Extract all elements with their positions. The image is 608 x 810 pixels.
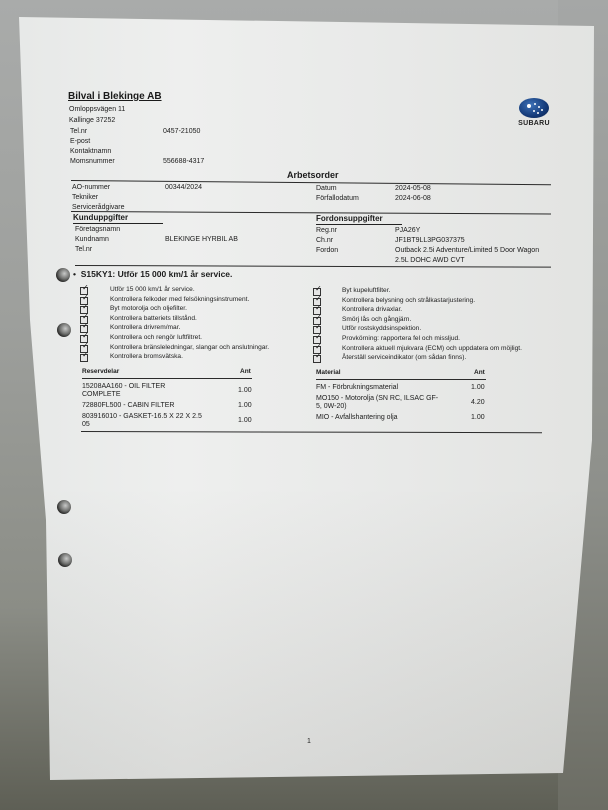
line-item-name: MIO - Avfallshantering olja: [316, 413, 398, 422]
customer-field-label: Tel.nr: [75, 245, 92, 254]
vehicle-field-value: Outback 2.5i Adventure/Limited 5 Door Wa…: [395, 246, 539, 255]
service-task: Smörj lås och gångjärn.: [342, 316, 411, 324]
vehicle-section-heading: Fordonsuppgifter: [316, 214, 402, 225]
material-header-name: Material: [316, 368, 341, 377]
subaru-logo: SUBARU: [507, 98, 561, 127]
vehicle-field-label: Reg.nr: [316, 226, 337, 235]
subaru-stars-logo-icon: [519, 98, 549, 118]
company-field-label: Momsnummer: [70, 157, 115, 166]
line-item-qty: 4.20: [471, 398, 485, 407]
company-name: Bilval i Blekinge AB: [68, 91, 162, 102]
customer-field-label: Företagsnamn: [75, 225, 120, 234]
service-task: Kontrollera felkoder med felsökningsinst…: [110, 296, 249, 304]
customer-field-label: Kundnamn: [75, 235, 109, 244]
customer-section-heading: Kunduppgifter: [73, 213, 163, 224]
order-field-label: Datum: [316, 184, 337, 193]
service-task: Utför rostskyddsinspektion.: [342, 325, 421, 333]
service-task: Kontrollera aktuell mjukvara (ECM) och u…: [342, 345, 522, 353]
line-item-qty: 1.00: [238, 401, 252, 410]
vehicle-field-value: PJA26Y: [395, 226, 420, 235]
service-task: Kontrollera bromsvätska.: [110, 353, 183, 361]
vehicle-field-label: Ch.nr: [316, 236, 333, 245]
divider: [82, 378, 252, 379]
vehicle-field-value: JF1BT9LL3PG037375: [395, 236, 465, 245]
customer-field-value: BLEKINGE HYRBIL AB: [165, 235, 238, 244]
line-item-name-line2: COMPLETE: [82, 390, 121, 399]
service-task: Byt kupeluftfilter.: [342, 287, 390, 295]
vehicle-field-value-line2: 2.5L DOHC AWD CVT: [395, 256, 465, 265]
service-task: Utför 15 000 km/1 år service.: [110, 286, 195, 294]
material-header-qty: Ant: [474, 368, 485, 377]
vehicle-field-label: Fordon: [316, 246, 338, 255]
line-item-qty: 1.00: [238, 386, 252, 395]
line-item-name: 803916010 - GASKET-16.5 X 22 X 2.5: [82, 412, 202, 421]
order-field-value: 2024-05-08: [395, 184, 431, 193]
company-field-value: 556688-4317: [163, 157, 204, 166]
line-item-name: 72880FL500 - CABIN FILTER: [82, 401, 174, 410]
checkbox-checked-icon: [80, 354, 88, 362]
service-task: Kontrollera drivrem/mar.: [110, 324, 180, 332]
service-task: Kontrollera och rengör luftfiltret.: [110, 334, 202, 342]
service-heading: • S15KY1: Utför 15 000 km/1 år service.: [73, 269, 232, 279]
line-item-name-line2: 5, 0W-20): [316, 402, 347, 411]
order-field-label: Tekniker: [72, 193, 98, 202]
company-field-label: Kontaktnamn: [70, 147, 111, 156]
punch-hole: [58, 553, 72, 567]
punch-hole: [57, 500, 71, 514]
company-address-line2: Kallinge 37252: [69, 116, 115, 125]
line-item-name: FM - Förbrukningsmaterial: [316, 383, 398, 392]
service-task: Kontrollera batteriets tillstånd.: [110, 315, 197, 323]
order-field-value: 00344/2024: [165, 183, 202, 192]
company-field-value: 0457-21050: [163, 127, 200, 136]
order-field-label: Förfallodatum: [316, 194, 359, 203]
parts-header-name: Reservdelar: [82, 367, 119, 376]
brand-name: SUBARU: [507, 120, 561, 127]
parts-header-qty: Ant: [240, 367, 251, 376]
service-task: Byt motorolja och oljefilter.: [110, 305, 187, 313]
company-address-line1: Omloppsvägen 11: [69, 105, 125, 114]
company-field-label: E-post: [70, 137, 90, 146]
line-item-name-line2: 05: [82, 420, 90, 429]
punch-hole: [57, 323, 71, 337]
line-item-qty: 1.00: [471, 383, 485, 392]
service-task: Återställ serviceindikator (om sådan fin…: [342, 354, 466, 362]
order-field-label: AO-nummer: [72, 183, 110, 192]
service-task: Kontrollera bränsleledningar, slangar oc…: [110, 344, 269, 352]
service-task: Kontrollera drivaxlar.: [342, 306, 402, 314]
divider: [316, 379, 486, 380]
checkbox-checked-icon: [313, 355, 321, 363]
document-title: Arbetsorder: [287, 170, 339, 180]
line-item-qty: 1.00: [238, 416, 252, 425]
order-field-value: 2024-06-08: [395, 194, 431, 203]
line-item-qty: 1.00: [471, 413, 485, 422]
punch-hole: [56, 268, 70, 282]
page-number: 1: [307, 738, 311, 745]
company-field-label: Tel.nr: [70, 127, 87, 136]
service-task: Kontrollera belysning och strålkastarjus…: [342, 297, 475, 305]
service-task: Provkörning: rapportera fel och missljud…: [342, 335, 460, 343]
